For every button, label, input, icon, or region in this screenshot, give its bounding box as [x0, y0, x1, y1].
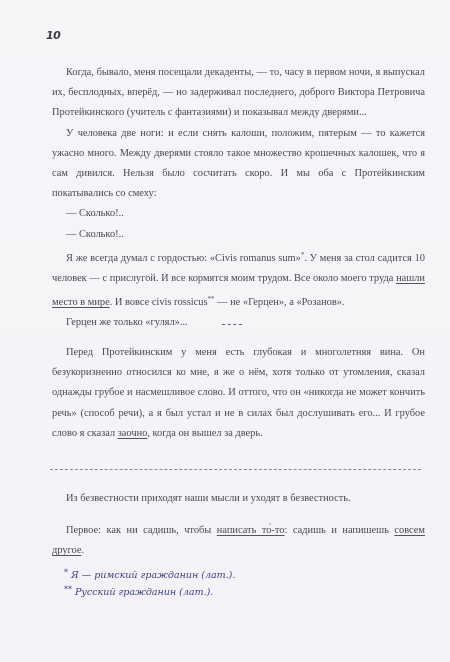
- page-number: 10: [46, 29, 60, 42]
- text-span: Я же всегда думал с гордостью: «Civis ro…: [66, 253, 301, 264]
- section-decadents: Когда, бывало, меня посещали декаденты, …: [52, 63, 425, 334]
- paragraph: Когда, бывало, меня посещали декаденты, …: [52, 63, 425, 124]
- dashed-divider: [50, 469, 421, 470]
- paragraph: — Сколько!..: [52, 225, 425, 245]
- text-span: — не «Герцен», а «Розанов».: [215, 297, 345, 308]
- footnote-marker: *: [64, 568, 68, 577]
- book-page: 10 Когда, бывало, меня посещали декадент…: [0, 0, 450, 662]
- handwritten-footnotes: *Я — римский гражданин (лат.). **Русский…: [64, 566, 235, 600]
- footnote-text: Русский гражданин (лат.).: [75, 587, 213, 598]
- footnote-text: Я — римский гражданин (лат.).: [71, 570, 235, 581]
- text-span: : садишь и напишешь: [284, 525, 394, 536]
- section-obscurity: Из безвестности приходят наши мысли и ух…: [52, 489, 425, 509]
- section-first: Первое: как ни садишь, чтобы написать то…: [52, 521, 425, 561]
- paragraph: Из безвестности приходят наши мысли и ух…: [52, 489, 425, 509]
- paragraph: Я же всегда думал с гордостью: «Civis ro…: [52, 245, 425, 314]
- text-span: , когда он вышел за дверь.: [147, 428, 262, 439]
- paragraph: — Сколько!..: [52, 204, 425, 224]
- section-separator: [222, 324, 242, 325]
- footnote-marker: **: [64, 585, 72, 594]
- underlined-phrase: написать то́-то: [217, 525, 285, 536]
- paragraph: Перед Протейкинским у меня есть глубокая…: [52, 343, 425, 444]
- section-guilt: Перед Протейкинским у меня есть глубокая…: [52, 343, 425, 444]
- footnote: **Русский гражданин (лат.).: [64, 583, 235, 600]
- paragraph: Первое: как ни садишь, чтобы написать то…: [52, 521, 425, 561]
- footnote: *Я — римский гражданин (лат.).: [64, 566, 235, 583]
- text-span: Первое: как ни садишь, чтобы: [66, 525, 217, 536]
- paragraph: У человека две ноги: и если снять калоши…: [52, 124, 425, 205]
- footnote-marker: **: [208, 295, 215, 303]
- text-span: .: [81, 545, 84, 556]
- text-span: . И вовсе civis rossicus: [110, 297, 208, 308]
- text-span: Перед Протейкинским у меня есть глубокая…: [52, 347, 425, 439]
- underlined-word: заочно: [118, 428, 148, 439]
